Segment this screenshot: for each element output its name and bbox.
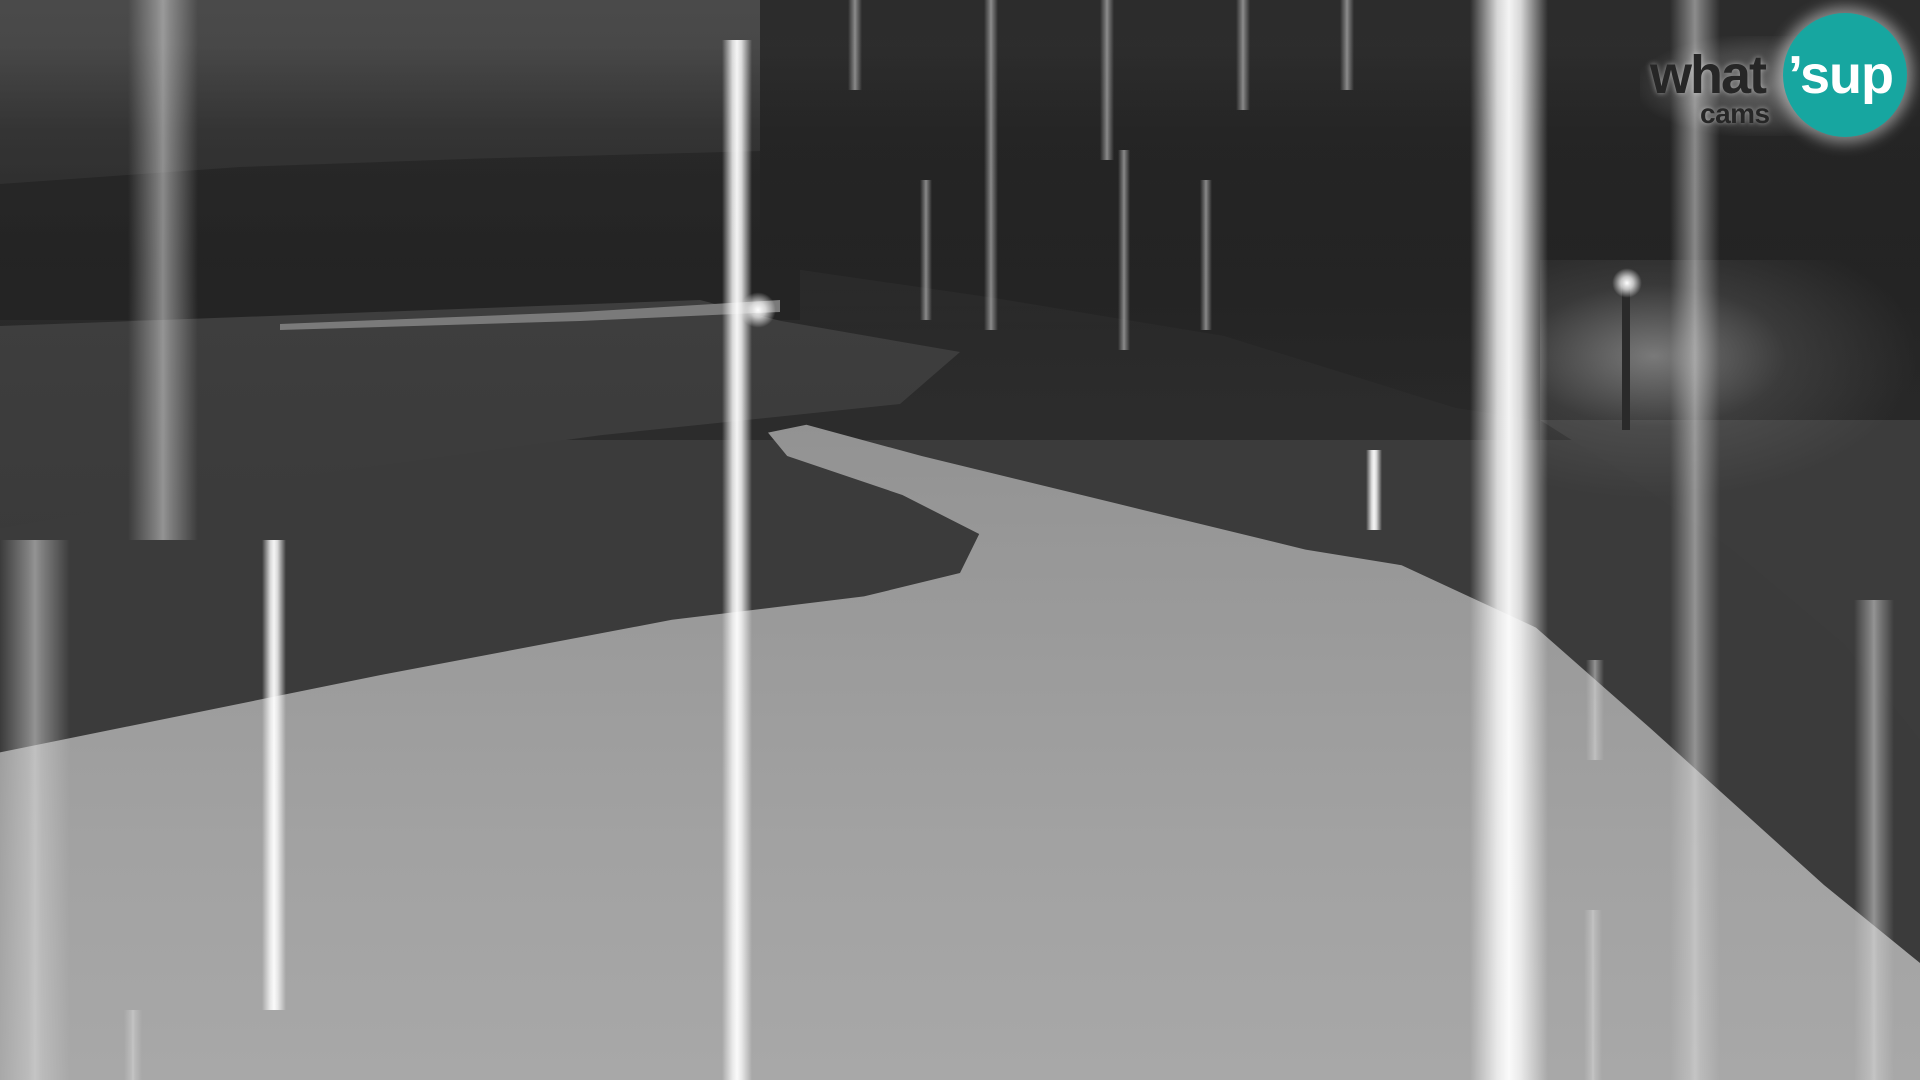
rain-streak [1470, 0, 1548, 1080]
webcam-scene: what ’sup cams [0, 0, 1920, 1080]
rain-streak [1670, 0, 1720, 1080]
rain-streak [722, 40, 752, 1080]
rain-streak [128, 0, 198, 540]
rain-streak [984, 0, 998, 330]
rain-streak [1340, 0, 1354, 90]
logo-word-sup: ’sup [1788, 48, 1893, 102]
whatsup-cams-logo[interactable]: what ’sup cams [1640, 8, 1915, 143]
rain-streak [1584, 910, 1602, 1080]
rain-streak [1100, 0, 1114, 160]
rain-streak [124, 1010, 142, 1080]
rain-streak [1854, 600, 1894, 1080]
logo-subtitle: cams [1700, 100, 1770, 128]
rain-streak [920, 180, 932, 320]
rain-streak [848, 0, 862, 90]
rain-streak [1200, 180, 1212, 330]
rain-streak [1236, 0, 1250, 110]
logo-word-what: what [1650, 48, 1765, 102]
rain-streak [262, 540, 286, 1010]
street-light-right [1612, 268, 1642, 298]
rain-streak [0, 540, 70, 1080]
rain-streak [1118, 150, 1130, 350]
rain-streak [1366, 450, 1382, 530]
lamp-post [1622, 280, 1630, 430]
lit-park-area [1540, 260, 1920, 500]
rain-streak [1586, 660, 1604, 760]
